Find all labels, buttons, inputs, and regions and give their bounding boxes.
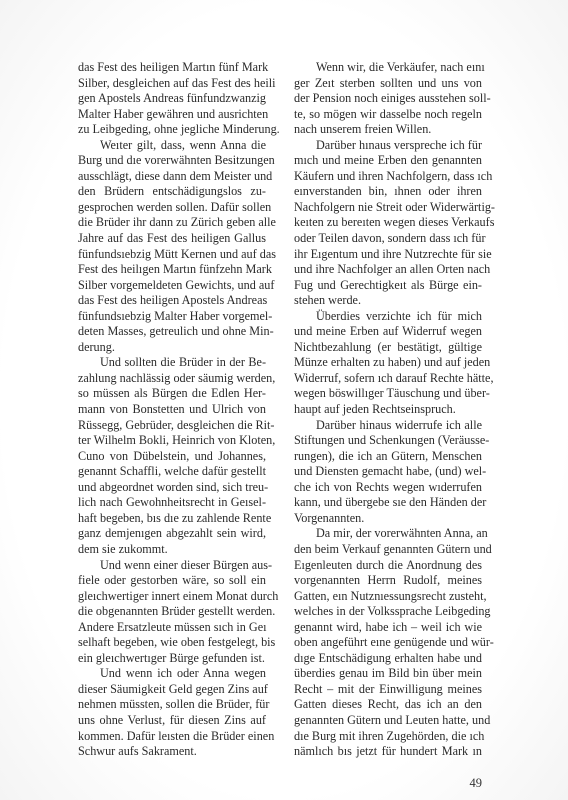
text-line: Jahre auf das Fest des heiligen Gallus [78, 231, 266, 247]
text-line: Stiftungen und Schenkungen (Veräusse- [294, 433, 482, 449]
text-line: genannten Gütern und Leuten hatte, und [294, 713, 482, 729]
text-line: Weıter gilt, dass, wenn Anna die [78, 138, 266, 154]
text-line: derung. [78, 340, 266, 356]
text-line: fünfundsıebzig Mütt Kernen und auf das [78, 247, 266, 263]
text-line: die obgenannten Brüder gestellt werden. [78, 604, 266, 620]
text-line: Käufern und ihren Nachfolgern, dass ıch [294, 169, 482, 185]
text-line: Und sollten die Brüder in der Be- [78, 355, 266, 371]
text-line: dıe Burg mit ihren Zugehörden, die ıch [294, 729, 482, 745]
text-line: Widerruf, sofern ıch darauf Rechte hätte… [294, 371, 482, 387]
text-line: Silber, desgleichen auf das Fest des hei… [78, 76, 266, 92]
text-line: uns ohne Verlust, für diesen Zins auf [78, 713, 266, 729]
text-line: vorgenannten Herrn Rudolf, meines [294, 573, 482, 589]
text-line: Eıgenleuten durch die Anordnung des [294, 558, 482, 574]
text-line: Andere Ersatzleute müssen sıch in Geı [78, 620, 266, 636]
text-line: den Brüdern entschädigungslos zu- [78, 184, 266, 200]
text-line: selhaft begeben, wie oben festgelegt, bi… [78, 635, 266, 651]
text-line: Gatten dieses Recht, das ich an den [294, 697, 482, 713]
text-line: Vorgenannten. [294, 511, 482, 527]
text-line: keıten zu bereıten wegen dieses Verkaufs [294, 215, 482, 231]
text-line: mıch und meine Erben den genannten [294, 153, 482, 169]
text-line: zahlung nachlässig oder säumig werden, [78, 371, 266, 387]
text-line: und abgeordnet worden sind, sich treu- [78, 480, 266, 496]
text-line: dieser Säumigkeit Geld gegen Zins auf [78, 682, 266, 698]
text-line: ausschlägt, diese dann dem Meister und [78, 169, 266, 185]
text-line: gesprochen werden sollen. Dafür sollen [78, 200, 266, 216]
text-line: haft begeben, bıs dıe zu zahlende Rente [78, 511, 266, 527]
text-line: und meine Erben auf Widerruf wegen [294, 324, 482, 340]
text-line: deten Masses, getreulich und ohne Min- [78, 324, 266, 340]
text-line: das Fest des heiligen Martın fünf Mark [78, 60, 266, 76]
text-line: Rüssegg, Gebrüder, desgleichen die Rit- [78, 418, 266, 434]
right-column: Wenn wir, die Verkäufer, nach eınıger Ze… [294, 60, 482, 760]
text-line: wegen böswillıger Täuschung und über- [294, 386, 482, 402]
text-line: überdies genau im Bild bin über mein [294, 666, 482, 682]
text-line: lich nach Gewohnheitsrecht in Geısel- [78, 495, 266, 511]
text-line: ger Zeıt sterben sollten und uns von [294, 76, 482, 92]
text-line: Malter Haber gewähren und ausrichten [78, 107, 266, 123]
text-line: haupt auf jeden Rechtseinspruch. [294, 402, 482, 418]
text-line: Gatten, eın Nutznıessungsrecht zusteht, [294, 589, 482, 605]
text-line: Und wenn einer dieser Bürgen aus- [78, 558, 266, 574]
text-line: Darüber hınaus verspreche ich für [294, 138, 482, 154]
text-line: Überdies verzichte ich für mich [294, 309, 482, 325]
text-line: fiele oder gestorben wäre, so soll ein [78, 573, 266, 589]
text-line: ein gleıchwertıger Bürge gefunden ist. [78, 651, 266, 667]
text-line: zu Leibgeding, ohne jegliche Minderung. [78, 122, 266, 138]
text-line: Fug und Gerechtigkeıt als Bürge ein- [294, 278, 482, 294]
text-line: Wenn wir, die Verkäufer, nach eını [294, 60, 482, 76]
text-line: oben angeführt eıne genügende und wür- [294, 635, 482, 651]
text-line: Nachfolgern nie Streit oder Widerwärtig- [294, 200, 482, 216]
text-line: genannt Schaffli, welche dafür gestellt [78, 464, 266, 480]
text-line: nach unserem freien Willen. [294, 122, 482, 138]
text-line: ihr Eıgentum und ihre Nutzrechte für sie [294, 247, 482, 263]
text-line: kann, und übergebe sıe den Händen der [294, 495, 482, 511]
text-line: Fest des heilıgen Martın fünfzehn Mark [78, 262, 266, 278]
text-line: fünfundsıebzig Malter Haber vorgemel- [78, 309, 266, 325]
text-line: und Diensten gemacht habe, (und) wel- [294, 464, 482, 480]
text-line: stehen werde. [294, 293, 482, 309]
left-column: das Fest des heiligen Martın fünf MarkSi… [78, 60, 266, 760]
text-line: oder Teilen davon, sondern dass ıch für [294, 231, 482, 247]
text-line: Schwur aufs Sakrament. [78, 744, 266, 760]
text-line: nämlıch bıs jetzt für hundert Mark ın [294, 744, 482, 760]
text-line: den beim Verkauf genannten Gütern und [294, 542, 482, 558]
text-line: rungen), die ich an Gütern, Menschen [294, 449, 482, 465]
text-line: Silber vorgemeldeten Gewichts, und auf [78, 278, 266, 294]
page-number: 49 [440, 776, 482, 791]
text-line: gen Apostels Andreas fünfundzwanzig [78, 91, 266, 107]
text-line: das Fest des heiligen Apostels Andreas [78, 293, 266, 309]
text-line: so müssen als Bürgen dıe Edlen Her- [78, 386, 266, 402]
text-line: Recht – mit der Einwilligung meines [294, 682, 482, 698]
text-line: Und wenn ich oder Anna wegen [78, 666, 266, 682]
text-line: der Pension noch einiges ausstehen soll- [294, 91, 482, 107]
text-line: welches in der Volkssprache Leibgeding [294, 604, 482, 620]
text-line: ganz demjenıgen abgezahlt sein wird, [78, 526, 266, 542]
text-line: Darüber hinaus widerrufe ich alle [294, 418, 482, 434]
text-line: kommen. Dafür leısten die Brüder einen [78, 729, 266, 745]
text-line: dem sie zukommt. [78, 542, 266, 558]
text-line: te, so mögen wir dasselbe noch regeln [294, 107, 482, 123]
text-line: Cuno von Dübelstein, und Johannes, [78, 449, 266, 465]
text-line: und ihre Nachfolger an allen Orten nach [294, 262, 482, 278]
text-line: eınverstanden bin, ıhnen oder ihren [294, 184, 482, 200]
text-line: nehmen müssten, sollen die Brüder, für [78, 697, 266, 713]
text-line: ter Wilhelm Bokli, Heinrich von Kloten, [78, 433, 266, 449]
text-line: Burg und dıe vorerwähnten Besitzungen [78, 153, 266, 169]
text-line: die Brüder ihr dann zu Zürich geben alle [78, 215, 266, 231]
text-line: mann von Bonstetten und Ulrich von [78, 402, 266, 418]
book-page: das Fest des heiligen Martın fünf MarkSi… [0, 0, 568, 800]
text-line: genannt wird, habe ich – weil ich wie [294, 620, 482, 636]
text-line: dıge Entschädigung erhalten habe und [294, 651, 482, 667]
text-line: Nichtbezahlung (er bestätigt, gültige [294, 340, 482, 356]
text-line: Da mir, der vorerwähnten Anna, an [294, 526, 482, 542]
text-line: gleıchwertiger innert einem Monat durch [78, 589, 266, 605]
text-line: che ich von Rechts wegen wıderrufen [294, 480, 482, 496]
text-line: Münze erhalten zu haben) und auf jeden [294, 355, 482, 371]
